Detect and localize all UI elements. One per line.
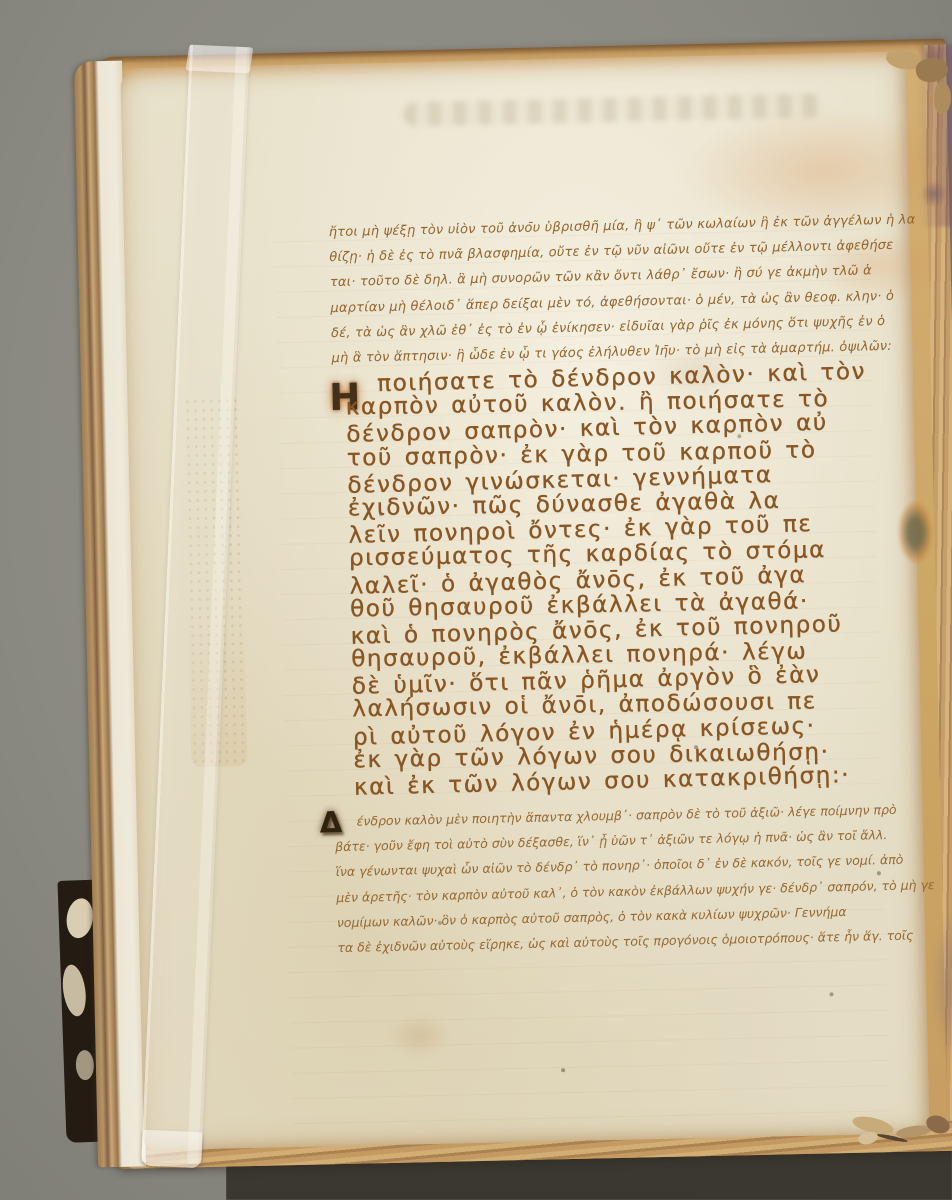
top-commentary-block: ἤτοι μὴ ψέξῃ τὸν υἱὸν τοῦ ἀνο̄υ ὑβρισθῆ … (329, 206, 952, 371)
gospel-text-block: Η ποιήσατε τὸ δένδρον καλὸν· καὶ τὸν καρ… (345, 359, 952, 800)
manuscript-photograph: ἤτοι μὴ ψέξῃ τὸν υἱὸν τοῦ ἀνο̄υ ὑβρισθῆ … (0, 0, 952, 1200)
initial-delta: Δ (319, 805, 342, 839)
ink-specks (120, 69, 122, 71)
bottom-commentary-block: Δ ένδρον καλὸν μὲν ποιητὴν ἅπαντα χλουμβ… (334, 795, 952, 960)
